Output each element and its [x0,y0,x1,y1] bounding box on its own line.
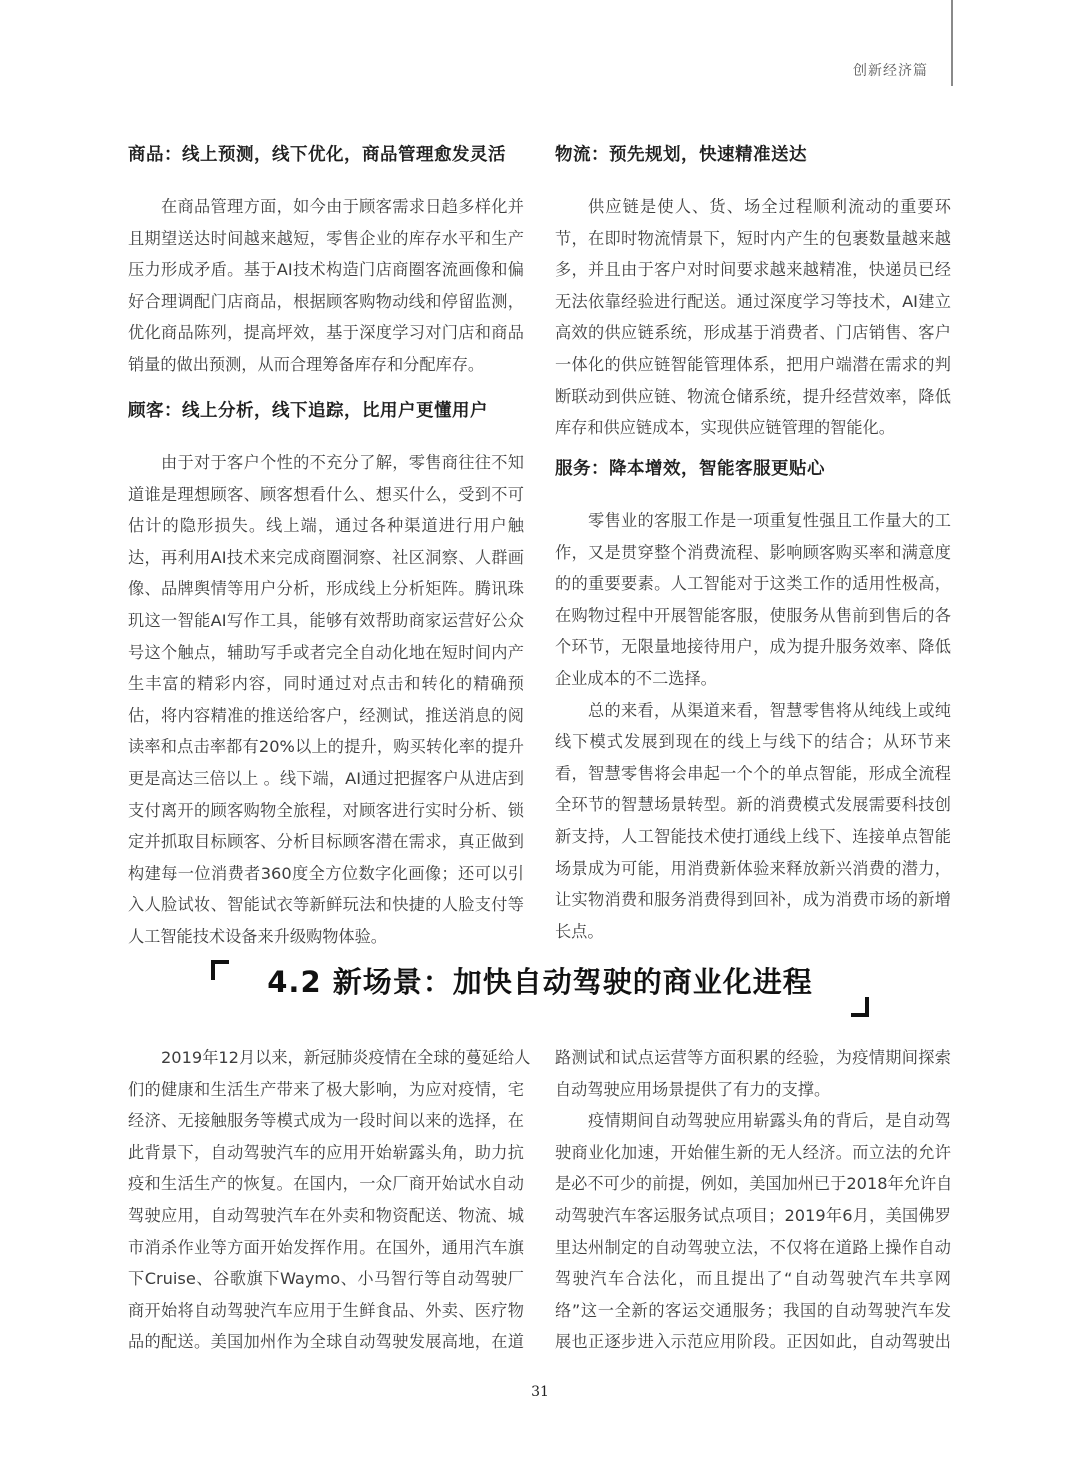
text-line: 断联动到供应链、物流仓储系统，提升经营效率，降低 [555,381,951,413]
text-line: 驾驶汽车合法化，而且提出了“自动驾驶汽车共享网 [555,1263,951,1295]
text-line: 无法依靠经验进行配送。通过深度学习等技术，AI建立 [555,286,951,318]
text-line: 个环节，无限量地接待用户，成为提升服务效率、降低 [555,631,951,663]
text-line: 入人脸试妆、智能试衣等新鲜玩法和快捷的人脸支付等 [128,889,524,921]
text-line: 读率和点击率都有20%以上的提升，购买转化率的提升 [128,731,524,763]
text-line: 多，并且由于客户对时间要求越来越精准，快递员已经 [555,254,951,286]
text-line: 驾驶应用，自动驾驶汽车在外卖和物资配送、物流、城 [128,1200,524,1232]
header-divider-rule [951,0,953,86]
text-line: 线下模式发展到现在的线上与线下的结合；从环节来 [555,726,951,758]
text-line: 由于对于客户个性的不充分了解，零售商往往不知 [128,447,524,479]
text-line: 疫情期间自动驾驶应用崭露头角的背后，是自动驾 [555,1105,951,1137]
text-line: 展也正逐步进入示范应用阶段。正因如此，自动驾驶出 [555,1326,951,1358]
paragraph-summary: 总的来看，从渠道来看，智慧零售将从纯线上或纯 线下模式发展到现在的线上与线下的结… [555,695,951,948]
text-line: 像、品牌舆情等用户分析，形成线上分析矩阵。腾讯珠 [128,573,524,605]
page-number: 31 [0,1384,1080,1400]
text-line: 达，再利用AI技术来完成商圈洞察、社区洞察、人群画 [128,542,524,574]
text-line: 玑这一智能AI写作工具，能够有效帮助商家运营好公众 [128,605,524,637]
text-line: 估计的隐形损失。线上端，通过各种渠道进行用户触 [128,510,524,542]
text-line: 好合理调配门店商品，根据顾客购物动线和停留监测， [128,286,524,318]
text-line: 2019年12月以来，新冠肺炎疫情在全球的蔓延给人 [128,1042,524,1074]
paragraph-goods: 在商品管理方面，如今由于顾客需求日趋多样化并 且期望送达时间越来越短，零售企业的… [128,191,524,381]
text-line: 零售业的客服工作是一项重复性强且工作量大的工 [555,505,951,537]
text-line: 全环节的智慧场景转型。新的消费模式发展需要科技创 [555,789,951,821]
text-line: 路测试和试点运营等方面积累的经验，为疫情期间探索 [555,1042,951,1074]
corner-bracket-close-icon [851,997,869,1017]
text-line: 在购物过程中开展智能客服，使服务从售前到售后的各 [555,600,951,632]
text-line: 品的配送。美国加州作为全球自动驾驶发展高地，在道 [128,1326,524,1358]
text-line: 的的重要要素。人工智能对于这类工作的适用性极高， [555,568,951,600]
right-column-service: 服务：降本增效，智能客服更贴心 零售业的客服工作是一项重复性强且工作量大的工 作… [555,456,951,947]
text-line: 更是高达三倍以上 。线下端，AI通过把握客户从进店到 [128,763,524,795]
text-line: 道谁是理想顾客、顾客想看什么、想买什么，受到不可 [128,479,524,511]
text-line: 优化商品陈列，提高坪效，基于深度学习对门店和商品 [128,317,524,349]
text-line: 且期望送达时间越来越短，零售企业的库存水平和生产 [128,223,524,255]
text-line: 定并抓取目标顾客、分析目标顾客潜在需求，真正做到 [128,826,524,858]
text-line: 疫和生活生产的恢复。在国内，一众厂商开始试水自动 [128,1168,524,1200]
left-column-goods: 商品：线上预测，线下优化，商品管理愈发灵活 在商品管理方面，如今由于顾客需求日趋… [128,142,524,381]
text-line: 驶商业化加速，开始催生新的无人经济。而立法的允许 [555,1137,951,1169]
section-header-label: 创新经济篇 [853,60,928,80]
text-line: 让实物消费和服务消费得到回补，成为消费市场的新增 [555,884,951,916]
text-line: 市消杀作业等方面开始发挥作用。在国外，通用汽车旗 [128,1232,524,1264]
text-line: 高效的供应链系统，形成基于消费者、门店销售、客户 [555,317,951,349]
heading-logistics: 物流：预先规划，快速精准送达 [555,142,951,168]
text-line: 企业成本的不二选择。 [555,663,951,695]
text-line: 经济、无接触服务等模式成为一段时间以来的选择，在 [128,1105,524,1137]
heading-customers: 顾客：线上分析，线下追踪，比用户更懂用户 [128,398,524,424]
text-line: 压力形成矛盾。基于AI技术构造门店商圈客流画像和偏 [128,254,524,286]
text-line: 们的健康和生活生产带来了极大影响，为应对疫情，宅 [128,1074,524,1106]
text-line: 是必不可少的前提，例如，美国加州已于2018年允许自 [555,1168,951,1200]
text-line: 场景成为可能，用消费新体验来释放新兴消费的潜力， [555,853,951,885]
text-line: 长点。 [555,916,951,948]
text-line: 号这个触点，辅助写手或者完全自动化地在短时间内产 [128,637,524,669]
text-line: 供应链是使人、货、场全过程顺利流动的重要环 [555,191,951,223]
heading-goods: 商品：线上预测，线下优化，商品管理愈发灵活 [128,142,524,168]
text-line: 估，将内容精准的推送给客户，经测试，推送消息的阅 [128,700,524,732]
right-column-logistics: 物流：预先规划，快速精准送达 供应链是使人、货、场全过程顺利流动的重要环 节，在… [555,142,951,444]
text-line: 作，又是贯穿整个消费流程、影响顾客购买率和满意度 [555,537,951,569]
text-line: 节，在即时物流情景下，短时内产生的包裹数量越来越 [555,223,951,255]
text-line: 生丰富的精彩内容，同时通过对点击和转化的精确预 [128,668,524,700]
heading-service: 服务：降本增效，智能客服更贴心 [555,456,951,482]
text-line: 下Cruise、谷歌旗下Waymo、小马智行等自动驾驶厂 [128,1263,524,1295]
section-title: 4.2 新场景：加快自动驾驶的商业化进程 [0,960,1080,1001]
text-line: 动驾驶汽车客运服务试点项目；2019年6月，美国佛罗 [555,1200,951,1232]
paragraph-covid-context: 2019年12月以来，新冠肺炎疫情在全球的蔓延给人 们的健康和生活生产带来了极大… [128,1042,524,1358]
left-column-customers: 顾客：线上分析，线下追踪，比用户更懂用户 由于对于客户个性的不充分了解，零售商往… [128,398,524,953]
text-line: 一体化的供应链智能管理体系，把用户端潜在需求的判 [555,349,951,381]
text-line: 此背景下，自动驾驶汽车的应用开始崭露头角，助力抗 [128,1137,524,1169]
section-left-column: 2019年12月以来，新冠肺炎疫情在全球的蔓延给人 们的健康和生活生产带来了极大… [128,1042,524,1358]
text-line: 销量的做出预测，从而合理筹备库存和分配库存。 [128,349,524,381]
text-line: 里达州制定的自动驾驶立法，不仅将在道路上操作自动 [555,1232,951,1264]
paragraph-service: 零售业的客服工作是一项重复性强且工作量大的工 作，又是贯穿整个消费流程、影响顾客… [555,505,951,695]
text-line: 看，智慧零售将会串起一个个的单点智能，形成全流程 [555,758,951,790]
text-line: 自动驾驶应用场景提供了有力的支撑。 [555,1074,951,1106]
paragraph-logistics: 供应链是使人、货、场全过程顺利流动的重要环 节，在即时物流情景下，短时内产生的包… [555,191,951,444]
text-line: 络”这一全新的客运交通服务；我国的自动驾驶汽车发 [555,1295,951,1327]
text-line: 库存和供应链成本，实现供应链管理的智能化。 [555,412,951,444]
text-line: 支付离开的顾客购物全旅程，对顾客进行实时分析、锁 [128,795,524,827]
text-line: 商开始将自动驾驶汽车应用于生鲜食品、外卖、医疗物 [128,1295,524,1327]
text-line: 构建每一位消费者360度全方位数字化画像；还可以引 [128,858,524,890]
text-line: 总的来看，从渠道来看，智慧零售将从纯线上或纯 [555,695,951,727]
text-line: 人工智能技术设备来升级购物体验。 [128,921,524,953]
paragraph-california-continuation: 路测试和试点运营等方面积累的经验，为疫情期间探索 自动驾驶应用场景提供了有力的支… [555,1042,951,1105]
text-line: 新支持，人工智能技术使打通线上线下、连接单点智能 [555,821,951,853]
text-line: 在商品管理方面，如今由于顾客需求日趋多样化并 [128,191,524,223]
section-right-column: 路测试和试点运营等方面积累的经验，为疫情期间探索 自动驾驶应用场景提供了有力的支… [555,1042,951,1358]
paragraph-legislation: 疫情期间自动驾驶应用崭露头角的背后，是自动驾 驶商业化加速，开始催生新的无人经济… [555,1105,951,1358]
paragraph-customers: 由于对于客户个性的不充分了解，零售商往往不知 道谁是理想顾客、顾客想看什么、想买… [128,447,524,953]
